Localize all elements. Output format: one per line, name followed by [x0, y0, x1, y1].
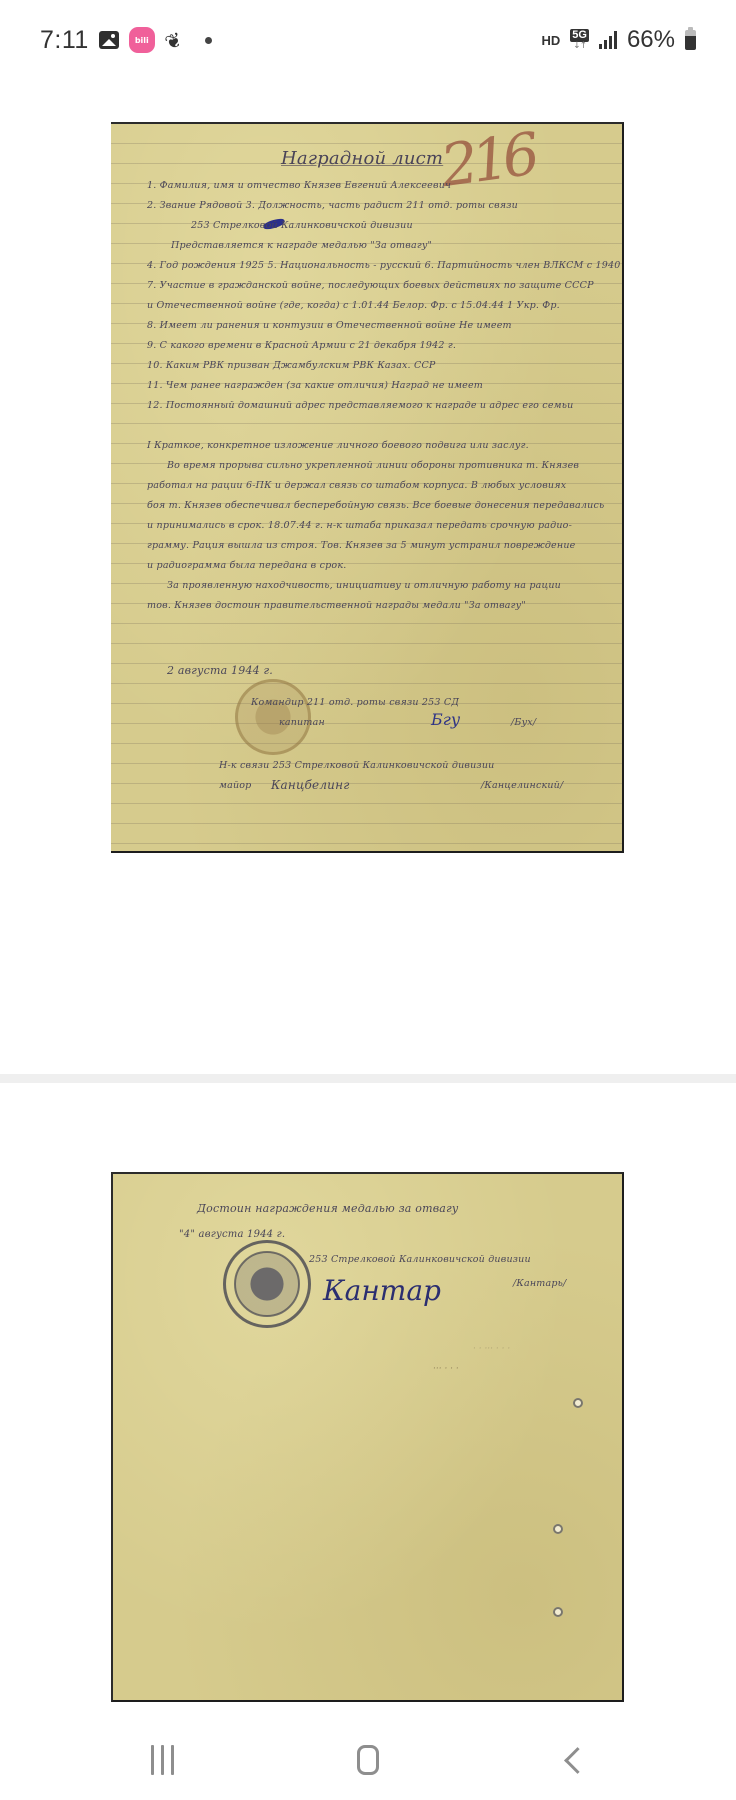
- signature-line: Н-к связи 253 Стрелковой Калинковичской …: [219, 760, 494, 771]
- form-line: 4. Год рождения 1925 5. Национальность -…: [147, 260, 621, 271]
- resolution-date: "4" августа 1944 г.: [179, 1229, 285, 1240]
- narrative-line: За проявленную находчивость, инициативу …: [167, 580, 561, 591]
- document-page-2[interactable]: Достоин награждения медалью за отвагу "4…: [111, 1172, 624, 1702]
- bleed-through-text: ··· · · ·: [433, 1364, 459, 1374]
- back-chevron-icon: [564, 1747, 591, 1774]
- narrative-line: и принимались в срок. 18.07.44 г. н-к шт…: [147, 520, 572, 531]
- leaf-icon: ❦: [162, 26, 190, 54]
- punch-hole: [553, 1524, 563, 1534]
- system-navigation-bar: [0, 1720, 736, 1800]
- narrative-line: Во время прорыва сильно укрепленной лини…: [167, 460, 579, 471]
- signature-date: 2 августа 1944 г.: [167, 664, 273, 677]
- narrative-line: I Краткое, конкретное изложение личного …: [147, 440, 529, 451]
- resolution-name: /Кантарь/: [513, 1278, 566, 1289]
- narrative-line: грамму. Рация вышла из строя. Тов. Князе…: [147, 540, 575, 551]
- signature-name: /Канцелинский/: [481, 780, 563, 791]
- status-bar-left: 7:11 bili ❦: [40, 26, 212, 55]
- document-page-1[interactable]: Наградной лист 216 1. Фамилия, имя и отч…: [111, 122, 624, 853]
- archive-number: 216: [437, 122, 538, 200]
- network-5g-icon: 5G ↓↑: [570, 29, 589, 51]
- form-line: 10. Каким РВК призван Джамбулским РВК Ка…: [147, 360, 436, 371]
- form-line: 2. Звание Рядовой 3. Должность, часть ра…: [147, 200, 518, 211]
- form-line: 7. Участие в гражданской войне, последую…: [147, 280, 594, 291]
- more-notifications-dot-icon: [205, 37, 212, 44]
- clock: 7:11: [40, 26, 89, 55]
- signal-strength-icon: [599, 31, 617, 49]
- signature-rank: капитан: [279, 717, 325, 728]
- home-icon: [357, 1745, 379, 1775]
- bilibili-icon: bili: [129, 27, 155, 53]
- recent-apps-button[interactable]: [133, 1735, 193, 1785]
- gallery-icon: [99, 31, 119, 49]
- form-line: 8. Имеет ли ранения и контузии в Отечест…: [147, 320, 512, 331]
- status-bar-right: HD 5G ↓↑ 66%: [541, 26, 696, 54]
- signature-name: /Бух/: [511, 717, 536, 728]
- handwritten-signature: Бгу: [431, 710, 460, 729]
- data-activity-arrows-icon: ↓↑: [573, 42, 586, 51]
- form-line: 1. Фамилия, имя и отчество Князев Евгени…: [147, 180, 451, 191]
- punch-hole: [553, 1607, 563, 1617]
- hd-voice-icon: HD: [541, 33, 560, 48]
- signature-line: Командир 211 отд. роты связи 253 СД: [251, 697, 459, 708]
- recent-apps-icon: [151, 1745, 174, 1775]
- handwritten-signature: Кантар: [323, 1274, 441, 1307]
- narrative-line: и радиограмма была передана в срок.: [147, 560, 346, 571]
- handwritten-signature: Канцбелинг: [271, 778, 349, 792]
- battery-icon: [685, 30, 696, 50]
- form-line: 9. С какого времени в Красной Армии с 21…: [147, 340, 456, 351]
- document-title: Наградной лист: [281, 148, 443, 169]
- status-bar: 7:11 bili ❦ HD 5G ↓↑ 66%: [0, 0, 736, 80]
- punch-hole: [573, 1398, 583, 1408]
- narrative-line: тов. Князев достоин правительственной на…: [147, 600, 526, 611]
- form-line: 12. Постоянный домашний адрес представля…: [147, 400, 573, 411]
- home-button[interactable]: [338, 1735, 398, 1785]
- form-line: Представляется к награде медалью "За отв…: [171, 240, 432, 251]
- resolution-line: 253 Стрелковой Калинковичской дивизии: [309, 1254, 531, 1265]
- narrative-line: боя т. Князев обеспечивал бесперебойную …: [147, 500, 604, 511]
- bleed-through-text: · · ··· · · ·: [473, 1344, 510, 1354]
- back-button[interactable]: [543, 1735, 603, 1785]
- official-seal-stamp: [223, 1240, 311, 1328]
- battery-percent: 66%: [627, 26, 675, 54]
- form-line: 11. Чем ранее награжден (за какие отличи…: [147, 380, 483, 391]
- form-line: и Отечественной войне (где, когда) с 1.0…: [147, 300, 560, 311]
- form-line: 253 Стрелковой Калинковичской дивизии: [191, 220, 413, 231]
- resolution-line: Достоин награждения медалью за отвагу: [197, 1202, 458, 1215]
- signature-rank: майор: [219, 780, 251, 791]
- page-divider: [0, 1074, 736, 1083]
- narrative-line: работал на рации 6-ПК и держал связь со …: [147, 480, 566, 491]
